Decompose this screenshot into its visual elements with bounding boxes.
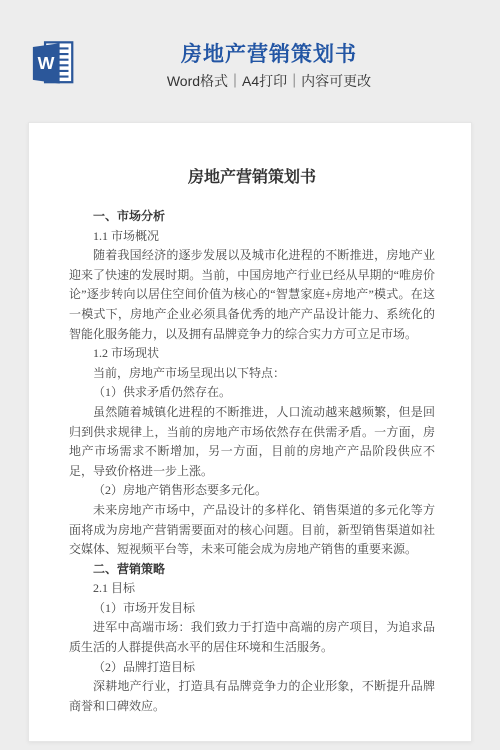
doc-paragraph: 深耕地产行业，打造具有品牌竞争力的企业形象，不断提升品牌商誉和口碑效应。 bbox=[69, 677, 435, 716]
doc-list-item-1: （1）市场开发目标 bbox=[69, 599, 435, 619]
doc-paragraph: 虽然随着城镇化进程的不断推进，人口流动越来越频繁，但是回归到供求规律上，当前的房… bbox=[69, 403, 435, 481]
header: W 房地产营销策划书 Word格式｜A4打印｜内容可更改 bbox=[0, 0, 500, 122]
document-preview-page: 房地产营销策划书 一、市场分析 1.1 市场概况 随着我国经济的逐步发展以及城市… bbox=[28, 122, 472, 742]
word-logo-icon: W bbox=[31, 39, 76, 86]
header-text: 房地产营销策划书 Word格式｜A4打印｜内容可更改 bbox=[38, 0, 500, 90]
doc-list-item-2: （2）品牌打造目标 bbox=[69, 658, 435, 678]
doc-heading-marketing-strategy: 二、营销策略 bbox=[69, 560, 435, 580]
template-title: 房地产营销策划书 bbox=[38, 42, 500, 68]
doc-subheading-2-1: 2.1 目标 bbox=[69, 579, 435, 599]
template-subtitle: Word格式｜A4打印｜内容可更改 bbox=[38, 73, 500, 90]
doc-list-item-1: （1）供求矛盾仍然存在。 bbox=[69, 383, 435, 403]
doc-subheading-1-2: 1.2 市场现状 bbox=[69, 344, 435, 364]
doc-list-item-2: （2）房地产销售形态要多元化。 bbox=[69, 481, 435, 501]
template-preview-screen: { "header": { "icon": "word-logo-icon", … bbox=[0, 0, 500, 750]
doc-paragraph: 进军中高端市场：我们致力于打造中高端的房产项目，为追求品质生活的人群提供高水平的… bbox=[69, 618, 435, 657]
doc-subheading-1-1: 1.1 市场概况 bbox=[69, 227, 435, 247]
doc-paragraph: 未来房地产市场中，产品设计的多样化、销售渠道的多元化等方面将成为房地产营销需要面… bbox=[69, 501, 435, 560]
doc-heading-market-analysis: 一、市场分析 bbox=[69, 207, 435, 227]
doc-paragraph: 当前，房地产市场呈现出以下特点： bbox=[69, 364, 435, 384]
doc-paragraph: 随着我国经济的逐步发展以及城市化进程的不断推进，房地产业迎来了快速的发展时期。当… bbox=[69, 246, 435, 344]
document-title: 房地产营销策划书 bbox=[69, 167, 435, 189]
svg-text:W: W bbox=[38, 53, 55, 73]
